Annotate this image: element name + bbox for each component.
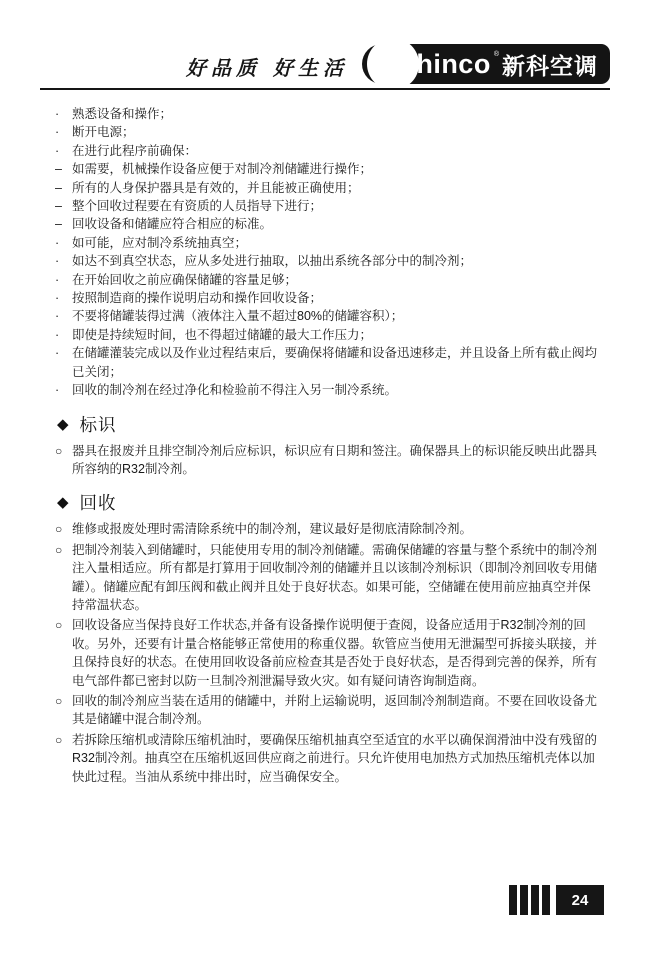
list-item-text: 如达不到真空状态，应从多处进行抽取，以抽出系统各部分中的制冷剂； [72,252,601,270]
list-item: –如需要，机械操作设备应便于对制冷剂储罐进行操作； [55,160,601,178]
section-header: ◆ 标识 [57,413,601,437]
bullet-marker: · [55,123,72,141]
brand-badge: Shinco ® 新科空调 [362,44,610,84]
list-item: ·断开电源； [55,123,601,141]
list-item: ·不要将储罐装得过满（液体注入量不超过80%的储罐容积）； [55,307,601,325]
footer-bar [520,885,528,915]
list-item: ·如达不到真空状态，应从多处进行抽取，以抽出系统各部分中的制冷剂； [55,252,601,270]
page-content: ·熟悉设备和操作； ·断开电源； ·在进行此程序前确保： –如需要，机械操作设备… [55,105,601,788]
bullet-marker: · [55,142,72,160]
list-item: ·在进行此程序前确保： [55,142,601,160]
list-item-text: 即使是持续短时间，也不得超过储罐的最大工作压力； [72,326,601,344]
circle-marker: ○ [55,616,72,690]
section-item-text: 器具在报废并且排空制冷剂后应标识，标识应有日期和签注。确保器具上的标识能反映出此… [72,442,601,479]
section-identification: ◆ 标识 ○ 器具在报废并且排空制冷剂后应标识，标识应有日期和签注。确保器具上的… [55,413,601,479]
section-recovery: ◆ 回收 ○ 维修或报废处理时需清除系统中的制冷剂，建议最好是彻底清除制冷剂。 … [55,491,601,786]
dash-marker: – [55,197,72,215]
list-item-text: 在储罐灌装完成以及作业过程结束后，要确保将储罐和设备迅速移走，并且设备上所有截止… [72,344,601,381]
section-item: ○ 若拆除压缩机或清除压缩机油时，要确保压缩机抽真空至适宜的水平以确保润滑油中没… [55,731,601,786]
circle-marker: ○ [55,442,72,479]
circle-marker: ○ [55,692,72,729]
list-item: ·如可能，应对制冷系统抽真空； [55,234,601,252]
footer-bar [509,885,517,915]
list-item: ·在储罐灌装完成以及作业过程结束后，要确保将储罐和设备迅速移走，并且设备上所有截… [55,344,601,381]
list-item-text: 所有的人身保护器具是有效的，并且能被正确使用； [72,179,601,197]
list-item-text: 在进行此程序前确保： [72,142,601,160]
list-item-text: 整个回收过程要在有资质的人员指导下进行； [72,197,601,215]
bullet-marker: · [55,271,72,289]
list-item: ·在开始回收之前应确保储罐的容量足够； [55,271,601,289]
bullet-marker: · [55,307,72,325]
section-item: ○ 回收设备应当保持良好工作状态,并备有设备操作说明便于查阅，设备应适用于R32… [55,616,601,690]
page-number: 24 [556,885,604,915]
bullet-marker: · [55,326,72,344]
list-item-text: 熟悉设备和操作； [72,105,601,123]
section-item: ○ 把制冷剂装入到储罐时，只能使用专用的制冷剂储罐。需确保储罐的容量与整个系统中… [55,541,601,615]
section-item: ○ 回收的制冷剂应当装在适用的储罐中，并附上运输说明，返回制冷剂制造商。不要在回… [55,692,601,729]
dash-marker: – [55,160,72,178]
section-title: 回收 [80,491,117,515]
circle-marker: ○ [55,541,72,615]
list-item-text: 回收的制冷剂在经过净化和检验前不得注入另一制冷系统。 [72,381,601,399]
list-item: –回收设备和储罐应符合相应的标准。 [55,215,601,233]
section-item: ○ 维修或报废处理时需清除系统中的制冷剂，建议最好是彻底清除制冷剂。 [55,520,601,538]
diamond-icon: ◆ [57,491,69,515]
list-item: ·按照制造商的操作说明启动和操作回收设备； [55,289,601,307]
circle-marker: ○ [55,520,72,538]
list-item: ·回收的制冷剂在经过净化和检验前不得注入另一制冷系统。 [55,381,601,399]
list-item-text: 按照制造商的操作说明启动和操作回收设备； [72,289,601,307]
brand-logo-text: Shinco [398,49,491,80]
section-item-text: 维修或报废处理时需清除系统中的制冷剂，建议最好是彻底清除制冷剂。 [72,520,601,538]
diamond-icon: ◆ [57,413,69,437]
list-item-text: 如可能，应对制冷系统抽真空； [72,234,601,252]
list-item-text: 不要将储罐装得过满（液体注入量不超过80%的储罐容积）； [72,307,601,325]
dash-marker: – [55,179,72,197]
brand-chinese-name: 新科空调 [502,48,598,81]
page-footer: 24 [509,885,604,915]
section-item-text: 回收设备应当保持良好工作状态,并备有设备操作说明便于查阅，设备应适用于R32制冷… [72,616,601,690]
list-item-text: 在开始回收之前应确保储罐的容量足够； [72,271,601,289]
registered-mark-icon: ® [494,51,499,58]
list-item-text: 断开电源； [72,123,601,141]
bullet-marker: · [55,252,72,270]
brand-slogan: 好品质 好生活 [186,52,348,81]
list-item: ·熟悉设备和操作； [55,105,601,123]
bullet-marker: · [55,289,72,307]
section-item-text: 若拆除压缩机或清除压缩机油时，要确保压缩机抽真空至适宜的水平以确保润滑油中没有残… [72,731,601,786]
footer-bar [542,885,550,915]
list-item-text: 如需要，机械操作设备应便于对制冷剂储罐进行操作； [72,160,601,178]
manual-page: 好品质 好生活 Shinco ® 新科空调 ·熟悉设备和操作； ·断开电源； ·… [0,0,650,975]
bullet-marker: · [55,234,72,252]
section-item-text: 回收的制冷剂应当装在适用的储罐中，并附上运输说明，返回制冷剂制造商。不要在回收设… [72,692,601,729]
bullet-marker: · [55,381,72,399]
bullet-marker: · [55,344,72,381]
list-item: –所有的人身保护器具是有效的，并且能被正确使用； [55,179,601,197]
section-header: ◆ 回收 [57,491,601,515]
list-item: –整个回收过程要在有资质的人员指导下进行； [55,197,601,215]
section-item: ○ 器具在报废并且排空制冷剂后应标识，标识应有日期和签注。确保器具上的标识能反映… [55,442,601,479]
dash-marker: – [55,215,72,233]
section-item-text: 把制冷剂装入到储罐时，只能使用专用的制冷剂储罐。需确保储罐的容量与整个系统中的制… [72,541,601,615]
bullet-marker: · [55,105,72,123]
circle-marker: ○ [55,731,72,786]
list-item: ·即使是持续短时间，也不得超过储罐的最大工作压力； [55,326,601,344]
header-divider [40,88,610,90]
list-item-text: 回收设备和储罐应符合相应的标准。 [72,215,601,233]
section-title: 标识 [80,413,117,437]
footer-bar [531,885,539,915]
